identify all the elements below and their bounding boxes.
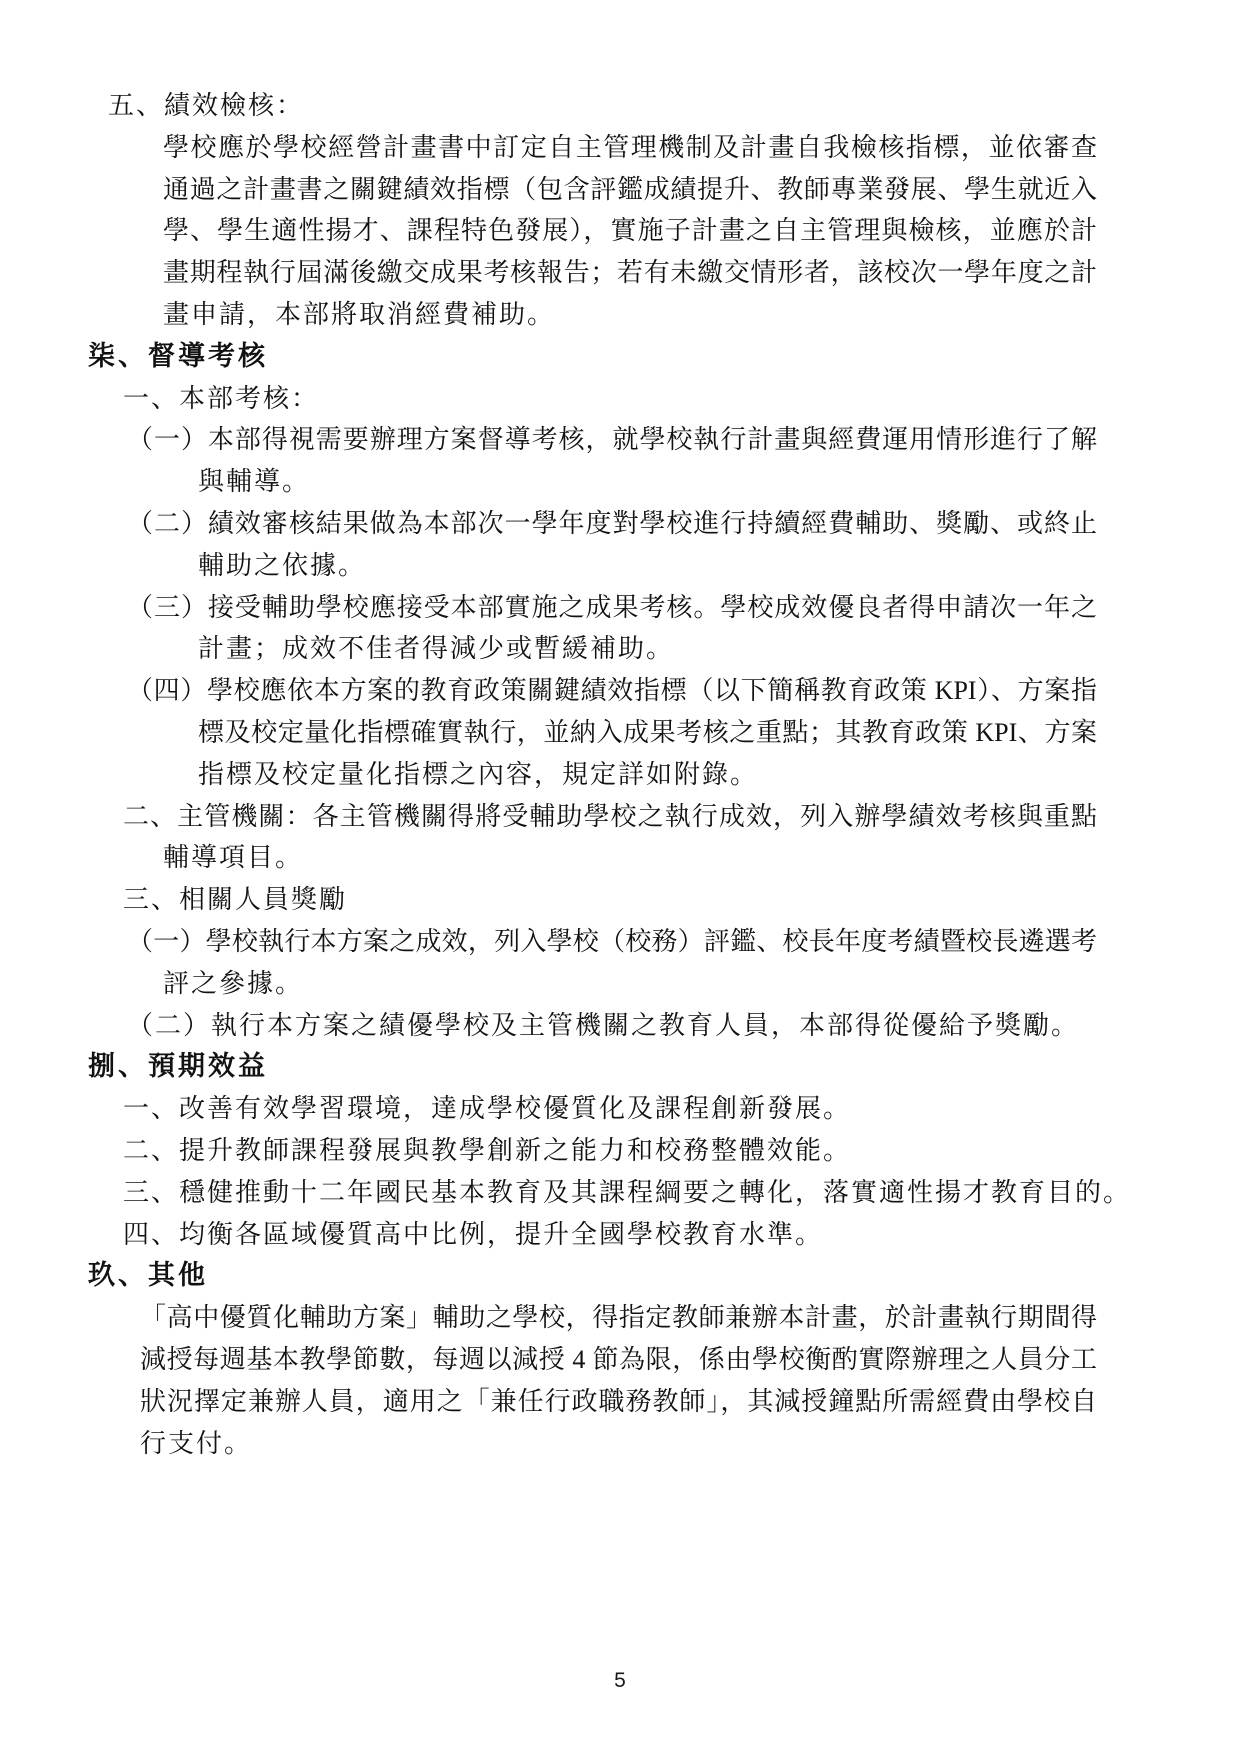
- section8-heading: 捌、預期效益: [0, 1046, 1240, 1088]
- paragraph-line: 狀況擇定兼辦人員，適用之「兼任行政職務教師」，其減授鐘點所需經費由學校自: [0, 1381, 1240, 1423]
- list-item-label: 一、本部考核：: [0, 378, 1240, 420]
- body-line: 學、學生適性揚才、課程特色發展），實施子計畫之自主管理與檢核，並應於計: [0, 210, 1240, 252]
- sublist-item-line: （一）學校執行本方案之成效，列入學校（校務）評鑑、校長年度考績暨校長遴選考: [0, 921, 1240, 963]
- list-item-line: 三、穩健推動十二年國民基本教育及其課程綱要之轉化，落實適性揚才教育目的。: [0, 1172, 1240, 1214]
- sublist-item-line: （一）本部得視需要辦理方案督導考核，就學校執行計畫與經費運用情形進行了解: [0, 419, 1240, 461]
- sublist-item-line: 與輔導。: [0, 461, 1240, 503]
- list-item-line: 輔導項目。: [0, 837, 1240, 879]
- sublist-item-line: （四）學校應依本方案的教育政策關鍵績效指標（以下簡稱教育政策 KPI）、方案指: [0, 670, 1240, 712]
- sublist-item-line: 輔助之依據。: [0, 545, 1240, 587]
- sublist-item-line: （二）執行本方案之績優學校及主管機關之教育人員，本部得從優給予獎勵。: [0, 1005, 1240, 1047]
- list-item-line: 一、改善有效學習環境，達成學校優質化及課程創新發展。: [0, 1088, 1240, 1130]
- paragraph-line: 行支付。: [0, 1423, 1240, 1465]
- sublist-item-line: 評之參據。: [0, 963, 1240, 1005]
- list-item-line: 二、提升教師課程發展與教學創新之能力和校務整體效能。: [0, 1130, 1240, 1172]
- body-line: 畫申請，本部將取消經費補助。: [0, 294, 1240, 336]
- page-number: 5: [0, 1668, 1240, 1694]
- page-content: 五、績效檢核： 學校應於學校經營計畫書中訂定自主管理機制及計畫自我檢核指標，並依…: [0, 85, 1240, 1464]
- section5-heading: 五、績效檢核：: [0, 85, 1240, 127]
- body-line: 畫期程執行屆滿後繳交成果考核報告；若有未繳交情形者，該校次一學年度之計: [0, 252, 1240, 294]
- sublist-item-line: （二）績效審核結果做為本部次一學年度對學校進行持續經費輔助、獎勵、或終止: [0, 503, 1240, 545]
- paragraph-line: 減授每週基本教學節數，每週以減授 4 節為限，係由學校衡酌實際辦理之人員分工: [0, 1339, 1240, 1381]
- list-item-line: 二、主管機關：各主管機關得將受輔助學校之執行成效，列入辦學績效考核與重點: [0, 796, 1240, 838]
- sublist-item-line: 標及校定量化指標確實執行，並納入成果考核之重點；其教育政策 KPI、方案: [0, 712, 1240, 754]
- sublist-item-line: 指標及校定量化指標之內容，規定詳如附錄。: [0, 754, 1240, 796]
- section7-heading: 柒、督導考核: [0, 336, 1240, 378]
- sublist-item-line: （三）接受輔助學校應接受本部實施之成果考核。學校成效優良者得申請次一年之: [0, 587, 1240, 629]
- list-item-line: 四、均衡各區域優質高中比例，提升全國學校教育水準。: [0, 1214, 1240, 1256]
- paragraph-line: 「高中優質化輔助方案」輔助之學校，得指定教師兼辦本計畫，於計畫執行期間得: [0, 1297, 1240, 1339]
- sublist-item-line: 計畫；成效不佳者得減少或暫緩補助。: [0, 628, 1240, 670]
- list-item-label: 三、相關人員獎勵: [0, 879, 1240, 921]
- document-page: 五、績效檢核： 學校應於學校經營計畫書中訂定自主管理機制及計畫自我檢核指標，並依…: [0, 0, 1240, 1754]
- body-line: 通過之計畫書之關鍵績效指標（包含評鑑成績提升、教師專業發展、學生就近入: [0, 169, 1240, 211]
- body-line: 學校應於學校經營計畫書中訂定自主管理機制及計畫自我檢核指標，並依審查: [0, 127, 1240, 169]
- section9-heading: 玖、其他: [0, 1255, 1240, 1297]
